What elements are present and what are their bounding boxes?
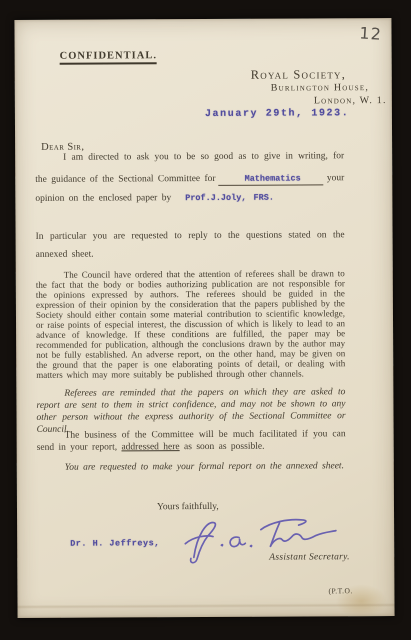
addressed-here-underlined: addressed here bbox=[121, 442, 179, 452]
pencil-page-number: 12 bbox=[359, 23, 383, 43]
paragraph2: In particular you are requested to reply… bbox=[36, 226, 345, 264]
salutation: Dear Sir, bbox=[41, 142, 84, 153]
paragraph1-line3: opinion on the enclosed paper byProf.J.J… bbox=[35, 192, 344, 205]
paragraph6-formal-report: You are requested to make your formal re… bbox=[37, 461, 346, 474]
letter-page: 12 CONFIDENTIAL. Royal Society, Burlingt… bbox=[14, 18, 394, 618]
typed-date: January 29th, 1923. bbox=[205, 108, 349, 120]
paragraph5-send-report: The business of the Committee will be mu… bbox=[37, 428, 346, 454]
paragraph3-council-notice: The Council have ordered that the attent… bbox=[36, 268, 346, 380]
paragraph1-line2-end: your bbox=[327, 173, 344, 184]
letterhead-address-line2: London, W. 1. bbox=[314, 95, 387, 106]
letterhead-address-line1: Burlington House, bbox=[271, 82, 369, 94]
paragraph5-end: as soon as possible. bbox=[184, 442, 264, 452]
typed-subject: Mathematics bbox=[245, 173, 301, 183]
confidential-stamp: CONFIDENTIAL. bbox=[60, 50, 157, 65]
typed-author: Prof.J.Joly, FRS. bbox=[185, 193, 274, 203]
paragraph1-line2: the guidance of the Sectional Committee … bbox=[35, 172, 344, 187]
paper-stain bbox=[335, 584, 387, 618]
paragraph1-line2-text: the guidance of the Sectional Committee … bbox=[35, 174, 215, 186]
typed-recipient-name: Dr. H. Jeffreys, bbox=[70, 538, 160, 548]
letterhead-org: Royal Society, bbox=[251, 67, 346, 82]
photo-background: 12 CONFIDENTIAL. Royal Society, Burlingt… bbox=[0, 0, 411, 640]
paragraph1-line3-text: opinion on the enclosed paper by bbox=[35, 193, 171, 204]
signer-title: Assistant Secretary. bbox=[269, 552, 350, 562]
paragraph1-line1: I am directed to ask you to be so good a… bbox=[35, 151, 344, 164]
committee-fill-line: Mathematics bbox=[219, 172, 323, 186]
valediction: Yours faithfully, bbox=[157, 502, 219, 512]
